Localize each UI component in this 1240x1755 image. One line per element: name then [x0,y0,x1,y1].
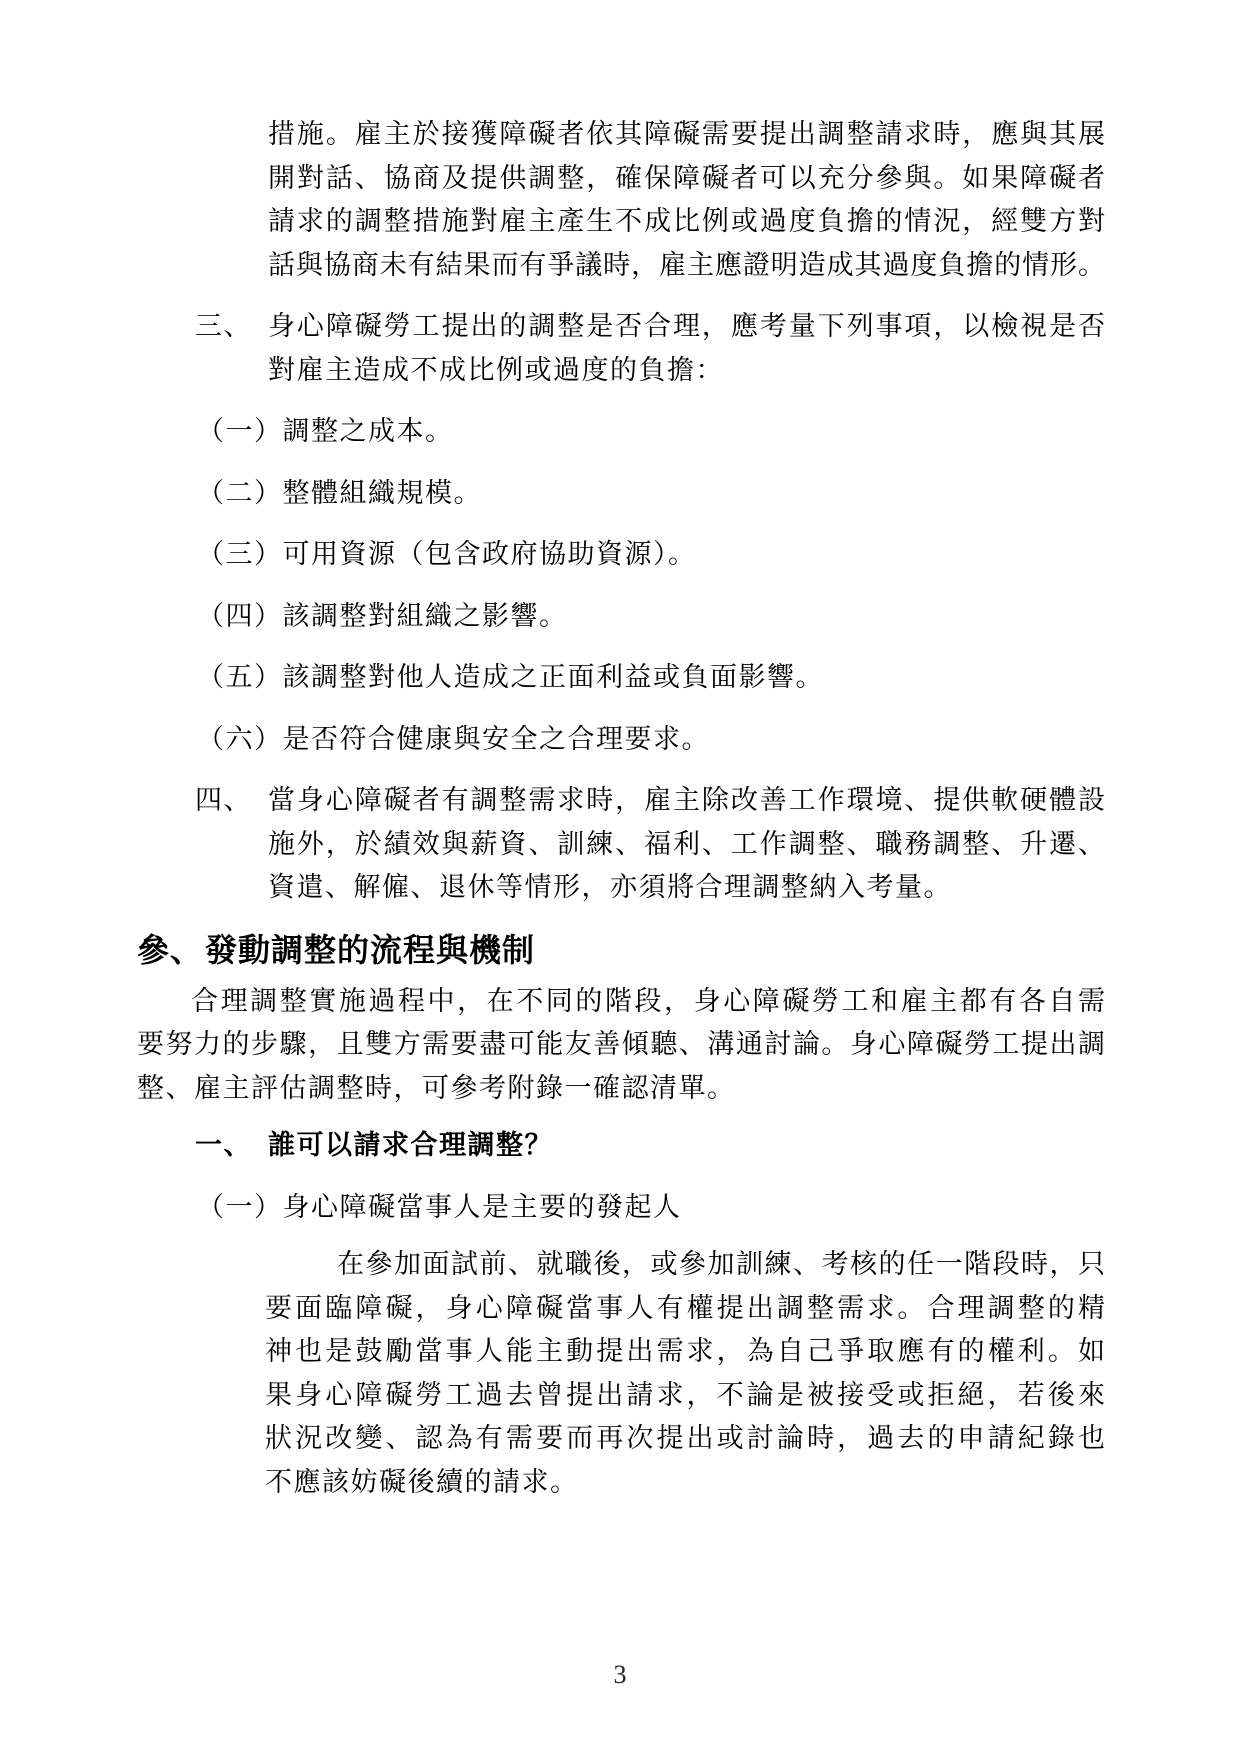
section-heading-label: 參、 [137,932,203,968]
item-four-label: 四、 [195,779,252,823]
question-heading: 一、 誰可以請求合理調整？ [137,1124,1105,1168]
consideration-item-2: （二）整體組織規模。 [197,472,1105,516]
text-line: 狀況改變、認為有需要而再次提出或討論時，過去的申請紀錄也 [265,1417,1105,1461]
consideration-item-6: （六）是否符合健康與安全之合理要求。 [197,718,1105,762]
page-number: 3 [0,1660,1240,1690]
initiator-detail-paragraph: 在參加面試前、就職後，或參加訓練、考核的任一階段時，只要面臨障礙，身心障礙當事人… [265,1243,1105,1504]
consideration-item-1: （一）調整之成本。 [197,410,1105,454]
text-line: 開對話、協商及提供調整，確保障礙者可以充分參與。如果障礙者 [268,157,1105,201]
text-line: 合理調整實施過程中，在不同的階段，身心障礙勞工和雇主都有各自需 [137,980,1105,1024]
item-three: 三、 身心障礙勞工提出的調整是否合理，應考量下列事項，以檢視是否對雇主造成不成比… [137,305,1105,392]
item-three-label: 三、 [195,305,252,349]
consideration-item-4: （四）該調整對組織之影響。 [197,595,1105,639]
text-line: 不應該妨礙後續的請求。 [265,1461,1105,1505]
text-line: 對雇主造成不成比例或過度的負擔： [268,349,1105,393]
initiator-item: （一）身心障礙當事人是主要的發起人 [197,1186,1105,1230]
item-four-text: 當身心障礙者有調整需求時，雇主除改善工作環境、提供軟硬體設施外，於績效與薪資、訓… [268,779,1105,910]
text-line: 身心障礙勞工提出的調整是否合理，應考量下列事項，以檢視是否 [268,305,1105,349]
text-line: 要努力的步驟，且雙方需要盡可能友善傾聽、溝通討論。身心障礙勞工提出調 [137,1023,1105,1067]
text-line: 施外，於績效與薪資、訓練、福利、工作調整、職務調整、升遷、 [268,823,1105,867]
item-three-text: 身心障礙勞工提出的調整是否合理，應考量下列事項，以檢視是否對雇主造成不成比例或過… [268,305,1105,392]
page-content: 措施。雇主於接獲障礙者依其障礙需要提出調整請求時，應與其展開對話、協商及提供調整… [137,113,1105,1504]
section-heading: 參、發動調整的流程與機制 [137,926,1105,974]
text-line: 果身心障礙勞工過去曾提出請求，不論是被接受或拒絕，若後來 [265,1374,1105,1418]
continuation-paragraph: 措施。雇主於接獲障礙者依其障礙需要提出調整請求時，應與其展開對話、協商及提供調整… [268,113,1105,287]
text-line: 神也是鼓勵當事人能主動提出需求，為自己爭取應有的權利。如 [265,1330,1105,1374]
document-page: 措施。雇主於接獲障礙者依其障礙需要提出調整請求時，應與其展開對話、協商及提供調整… [0,0,1240,1755]
text-line: 當身心障礙者有調整需求時，雇主除改善工作環境、提供軟硬體設 [268,779,1105,823]
text-line: 措施。雇主於接獲障礙者依其障礙需要提出調整請求時，應與其展 [268,113,1105,157]
text-line: 請求的調整措施對雇主產生不成比例或過度負擔的情況，經雙方對 [268,200,1105,244]
text-line: 資遣、解僱、退休等情形，亦須將合理調整納入考量。 [268,866,1105,910]
text-line: 要面臨障礙，身心障礙當事人有權提出調整需求。合理調整的精 [265,1287,1105,1331]
consideration-item-3: （三）可用資源（包含政府協助資源）。 [197,533,1105,577]
question-heading-title: 誰可以請求合理調整？ [268,1124,1105,1168]
text-line: 在參加面試前、就職後，或參加訓練、考核的任一階段時，只 [265,1243,1105,1287]
item-four: 四、 當身心障礙者有調整需求時，雇主除改善工作環境、提供軟硬體設施外，於績效與薪… [137,779,1105,910]
consideration-item-5: （五）該調整對他人造成之正面利益或負面影響。 [197,656,1105,700]
question-heading-label: 一、 [195,1124,252,1168]
text-line: 整、雇主評估調整時，可參考附錄一確認清單。 [137,1067,1105,1111]
text-line: 話與協商未有結果而有爭議時，雇主應證明造成其過度負擔的情形。 [268,244,1105,288]
section-heading-title: 發動調整的流程與機制 [205,932,535,968]
section-intro-paragraph: 合理調整實施過程中，在不同的階段，身心障礙勞工和雇主都有各自需要努力的步驟，且雙… [137,980,1105,1111]
